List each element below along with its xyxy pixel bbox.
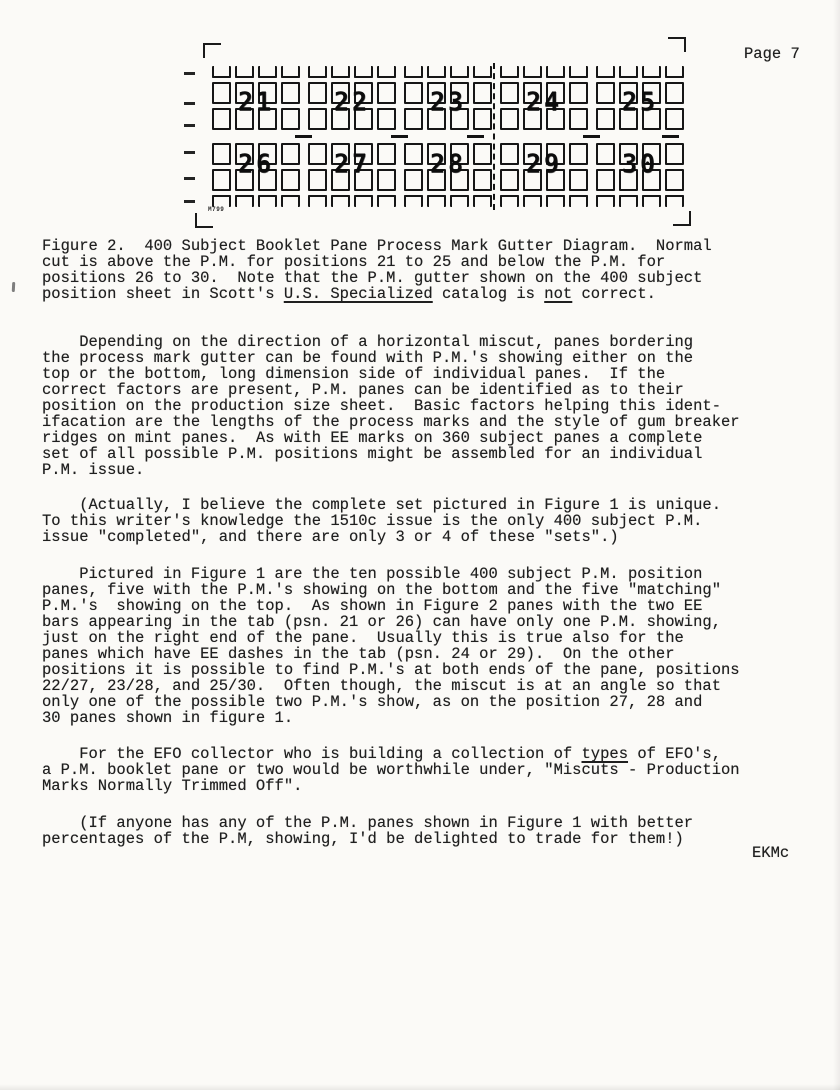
stamp-row xyxy=(596,66,684,78)
stamp-cell xyxy=(281,66,300,78)
pane-number: 28 xyxy=(404,151,492,177)
stamp-cell xyxy=(500,195,519,207)
perforation-row-tick xyxy=(184,151,195,154)
stamp-row xyxy=(308,66,396,78)
stamp-cell xyxy=(235,66,254,78)
stamp-cell xyxy=(546,195,565,207)
stamp-cell xyxy=(404,66,423,78)
author-initials: EKMc xyxy=(752,845,789,861)
stamp-cell xyxy=(450,66,469,78)
stamp-cell xyxy=(569,66,588,78)
stamp-cell xyxy=(354,66,373,78)
scan-edge-shadow-bottom xyxy=(0,1084,840,1090)
stamp-cell xyxy=(569,195,588,207)
stamp-row xyxy=(212,66,300,78)
perforation-row-tick xyxy=(184,72,195,75)
stamp-cell xyxy=(596,66,615,78)
figure-2-diagram: M799 21222324252627282930 xyxy=(212,66,684,207)
pane-number: 30 xyxy=(596,151,684,177)
stamp-cell xyxy=(642,66,661,78)
booklet-pane-29: 29 xyxy=(500,143,588,207)
stamp-cell xyxy=(308,195,327,207)
pane-number: 22 xyxy=(308,89,396,115)
stamp-cell xyxy=(619,195,638,207)
scan-artifact-mark xyxy=(12,282,16,292)
stamp-cell xyxy=(665,195,684,207)
stamp-cell xyxy=(473,195,492,207)
plate-number-label: M799 xyxy=(208,206,224,213)
corner-mark-bottom-right xyxy=(673,211,691,226)
process-mark xyxy=(467,135,484,138)
pane-number: 21 xyxy=(212,89,300,115)
paragraph-2: (Actually, I believe the complete set pi… xyxy=(42,497,721,545)
stamp-cell xyxy=(404,195,423,207)
booklet-pane-22: 22 xyxy=(308,66,396,130)
stamp-cell xyxy=(377,66,396,78)
center-gutter-dashed-line xyxy=(493,63,495,210)
pane-row-bottom: 2627282930 xyxy=(212,143,684,207)
process-mark-gutter xyxy=(212,130,684,143)
stamp-cell xyxy=(523,195,542,207)
stamp-cell xyxy=(258,66,277,78)
perforation-row-tick xyxy=(184,177,195,180)
stamp-cell xyxy=(642,195,661,207)
stamp-cell xyxy=(546,66,565,78)
pane-number: 26 xyxy=(212,151,300,177)
paragraph-4: For the EFO collector who is building a … xyxy=(42,746,740,794)
booklet-pane-25: 25 xyxy=(596,66,684,130)
stamp-cell xyxy=(331,66,350,78)
stamp-cell xyxy=(450,195,469,207)
stamp-row xyxy=(212,195,300,207)
stamp-cell xyxy=(281,195,300,207)
stamp-row xyxy=(500,66,588,78)
booklet-pane-24: 24 xyxy=(500,66,588,130)
stamp-row xyxy=(500,195,588,207)
booklet-pane-21: 21 xyxy=(212,66,300,130)
corner-mark-top-right xyxy=(668,37,686,52)
process-mark xyxy=(583,135,600,138)
pane-row-top: 2122232425 xyxy=(212,66,684,130)
paragraph-3: Pictured in Figure 1 are the ten possibl… xyxy=(42,566,740,726)
pane-number: 29 xyxy=(500,151,588,177)
figure-2-caption: Figure 2. 400 Subject Booklet Pane Proce… xyxy=(42,238,712,302)
pane-number: 25 xyxy=(596,89,684,115)
stamp-cell xyxy=(427,66,446,78)
stamp-cell xyxy=(500,66,519,78)
perforation-row-tick xyxy=(184,200,195,203)
booklet-pane-23: 23 xyxy=(404,66,492,130)
stamp-row xyxy=(404,195,492,207)
process-mark xyxy=(391,135,408,138)
pane-number: 24 xyxy=(500,89,588,115)
pane-number: 23 xyxy=(404,89,492,115)
stamp-cell xyxy=(354,195,373,207)
process-mark xyxy=(295,135,312,138)
booklet-pane-28: 28 xyxy=(404,143,492,207)
stamp-cell xyxy=(665,66,684,78)
booklet-pane-26: 26 xyxy=(212,143,300,207)
stamp-row xyxy=(404,66,492,78)
stamp-cell xyxy=(258,195,277,207)
stamp-cell xyxy=(619,66,638,78)
stamp-cell xyxy=(331,195,350,207)
stamp-cell xyxy=(596,195,615,207)
perforation-row-tick xyxy=(184,124,195,127)
stamp-cell xyxy=(473,66,492,78)
scan-edge-shadow-right xyxy=(833,0,840,1090)
paragraph-5: (If anyone has any of the P.M. panes sho… xyxy=(42,815,693,847)
stamp-cell xyxy=(235,195,254,207)
page-number: Page 7 xyxy=(744,46,800,62)
corner-mark-top-left xyxy=(203,43,221,58)
paragraph-1: Depending on the direction of a horizont… xyxy=(42,334,740,478)
stamp-cell xyxy=(212,66,231,78)
stamp-cell xyxy=(212,195,231,207)
scanned-document-page: Page 7 M799 21222324252627282930 Figure … xyxy=(0,0,840,1090)
stamp-row xyxy=(308,195,396,207)
pane-number: 27 xyxy=(308,151,396,177)
corner-mark-bottom-left xyxy=(195,213,213,228)
stamp-cell xyxy=(523,66,542,78)
stamp-cell xyxy=(308,66,327,78)
booklet-pane-27: 27 xyxy=(308,143,396,207)
booklet-pane-30: 30 xyxy=(596,143,684,207)
stamp-row xyxy=(596,195,684,207)
stamp-cell xyxy=(427,195,446,207)
perforation-row-tick xyxy=(184,102,195,105)
stamp-cell xyxy=(377,195,396,207)
process-mark xyxy=(662,135,679,138)
